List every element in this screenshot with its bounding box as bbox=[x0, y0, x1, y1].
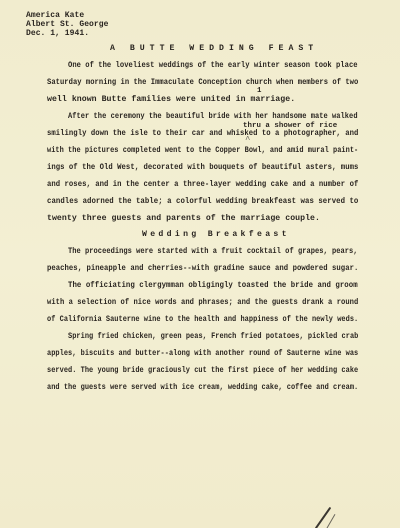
text-line: The proceedings were started with a frui… bbox=[68, 247, 358, 257]
text-line: of California Sauterne wine to the healt… bbox=[47, 315, 358, 325]
pen-mark-icon bbox=[326, 514, 336, 528]
section-subheading: Wedding Breakfeast bbox=[142, 230, 290, 240]
text-line: with the pictures completed went to the … bbox=[47, 146, 358, 156]
text-line: Spring fried chicken, green peas, French… bbox=[68, 332, 358, 342]
text-line: One of the loveliest weddings of the ear… bbox=[68, 61, 358, 71]
text-line: Saturday morning in the Immaculate Conce… bbox=[47, 78, 358, 88]
text-line: apples, biscuits and butter--along with … bbox=[47, 349, 358, 359]
text-line: well known Butte families were united in… bbox=[47, 95, 295, 105]
insertion-caret-icon: ^ bbox=[245, 135, 250, 145]
document-date: Dec. 1, 1941. bbox=[26, 29, 89, 39]
text-line: served. The young bride graciously cut t… bbox=[47, 366, 358, 376]
typewritten-page: America Kate Albert St. George Dec. 1, 1… bbox=[0, 0, 400, 528]
text-line: candles adorned the table; a colorful we… bbox=[47, 197, 358, 207]
text-line: with a selection of nice words and phras… bbox=[47, 298, 358, 308]
text-line: peaches, pineapple and cherries--with gr… bbox=[47, 264, 358, 274]
text-line: ings of the Old West, decorated with bou… bbox=[47, 163, 358, 173]
document-title: A BUTTE WEDDING FEAST bbox=[110, 44, 318, 54]
text-line: and roses, and in the center a three-lay… bbox=[47, 180, 358, 190]
text-line: and the guests were served with ice crea… bbox=[47, 383, 358, 393]
text-line: smilingly down the isle to their car and… bbox=[47, 129, 358, 139]
text-line: twenty three guests and parents of the m… bbox=[47, 214, 320, 224]
text-line: The officiating clergymman obligingly to… bbox=[68, 281, 358, 291]
